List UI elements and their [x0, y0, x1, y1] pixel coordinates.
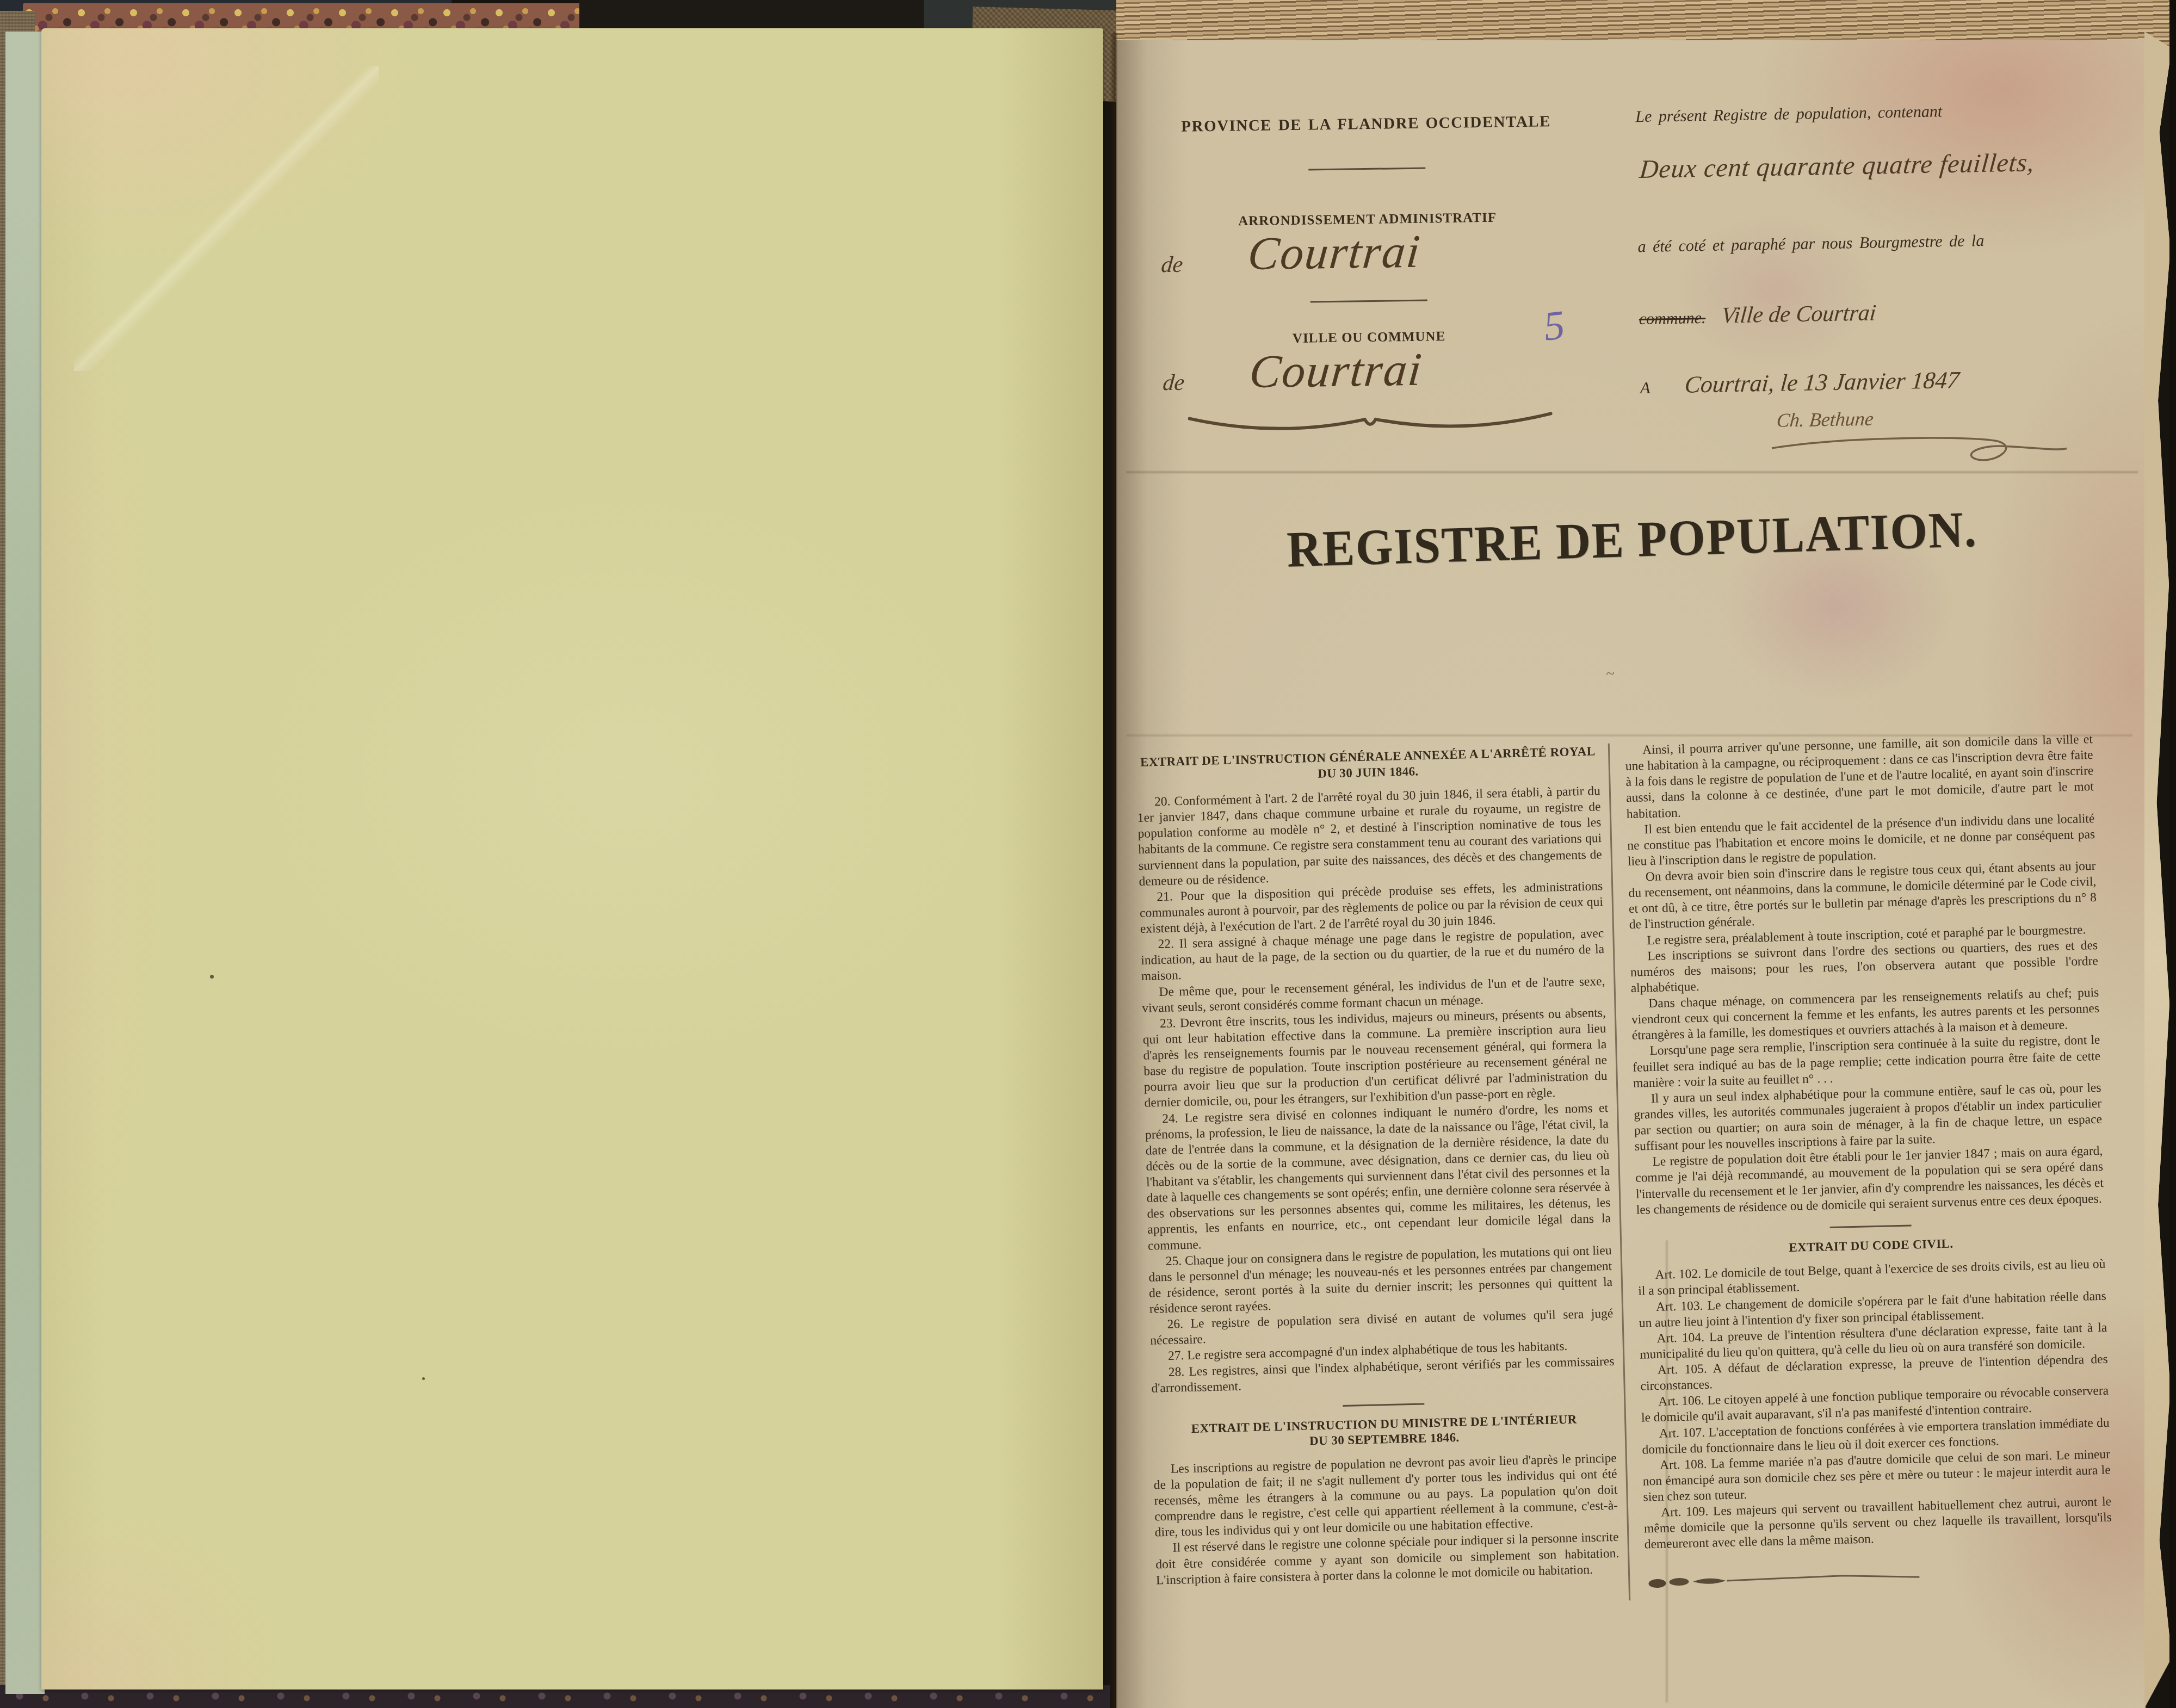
- section-divider: [1343, 1403, 1424, 1407]
- paper-speck: [422, 1377, 425, 1380]
- instruction-paragraph: 24. Le registre sera divisé en colonnes …: [1145, 1100, 1611, 1254]
- endpaper-fold-mark: [74, 66, 379, 371]
- commune-word-struck: commune.: [1639, 309, 1706, 328]
- attestation-place-row: A Courtrai, le 13 Janvier 1847: [1640, 363, 2147, 399]
- bourgmestre-signature: Ch. Bethune: [1776, 407, 1875, 432]
- attestation-commune-row: commune. Ville de Courtrai: [1639, 295, 2145, 330]
- divider: [1310, 299, 1427, 302]
- endpaper-turned-edge: [5, 32, 45, 1694]
- left-endpaper-page: [41, 28, 1103, 1690]
- administrative-header: PROVINCE DE LA FLANDRE OCCIDENTALE ARRON…: [1148, 112, 1588, 436]
- instruction-paragraph: 25. Chaque jour on consignera dans le re…: [1148, 1243, 1613, 1317]
- section-heading: EXTRAIT DU CODE CIVIL.: [1637, 1232, 2105, 1259]
- column-right: Ainsi, il pourra arriver qu'une personne…: [1608, 732, 2113, 1600]
- page-torn-edge: [2144, 32, 2172, 1708]
- instruction-paragraph: Le registre de population doit être étab…: [1635, 1143, 2104, 1218]
- cover-right-edge: [2169, 0, 2176, 1708]
- attestation-line-2: a été coté et paraphé par nous Bourgmest…: [1637, 229, 2143, 256]
- de-label: de: [1162, 370, 1186, 397]
- arrondissement-handwritten-value: Courtrai: [1246, 228, 1423, 277]
- signature-flourish-icon: [1766, 426, 2071, 481]
- paper-speck: [210, 975, 214, 979]
- instruction-ministre-paragraphs: Les inscriptions au registre de populati…: [1153, 1451, 1619, 1589]
- code-civil-articles: Art. 102. Le domicile de tout Belge, qua…: [1637, 1257, 2112, 1553]
- instruction-paragraph: 23. Devront être inscrits, tous les indi…: [1142, 1005, 1608, 1112]
- instruction-paragraph: Il y aura un seul index alphabétique pou…: [1633, 1080, 2103, 1155]
- instruction-paragraph: Ainsi, il pourra arriver qu'une personne…: [1625, 732, 2094, 822]
- book-scan: PROVINCE DE LA FLANDRE OCCIDENTALE ARRON…: [0, 0, 2176, 1708]
- brace-flourish-icon: [1185, 406, 1555, 436]
- book-gutter: [1110, 33, 1117, 1708]
- column-left: EXTRAIT DE L'INSTRUCTION GÉNÉRALE ANNEXÉ…: [1136, 744, 1620, 1612]
- de-label: de: [1160, 252, 1184, 279]
- instruction-continuation-paragraphs: Ainsi, il pourra arriver qu'une personne…: [1625, 732, 2104, 1218]
- instruction-paragraph: 20. Conformément à l'art. 2 de l'arrêté …: [1137, 783, 1603, 890]
- instruction-generale-paragraphs: 20. Conformément à l'art. 2 de l'arrêté …: [1137, 783, 1615, 1396]
- instruction-columns: EXTRAIT DE L'INSTRUCTION GÉNÉRALE ANNEXÉ…: [1136, 732, 2122, 1612]
- title-ornament: ~: [1605, 664, 1616, 683]
- feuillets-handwritten: Deux cent quarante quatre feuillets,: [1639, 147, 2036, 184]
- pen-flourish-icon: [1647, 1564, 1931, 1595]
- commune-entry: de Courtrai: [1152, 343, 1587, 396]
- place-date-handwritten: Courtrai, le 13 Janvier 1847: [1684, 366, 1961, 399]
- divider: [1308, 168, 1425, 171]
- instruction-paragraph: On devra avoir bien soin d'inscrire dans…: [1628, 858, 2097, 933]
- commune-handwritten: Ville de Courtrai: [1721, 300, 1877, 329]
- arrondissement-entry: de Courtrai: [1150, 225, 1586, 278]
- commune-handwritten-value: Courtrai: [1247, 346, 1424, 395]
- instruction-paragraph: Les inscriptions au registre de populati…: [1153, 1451, 1618, 1541]
- section-divider: [1830, 1224, 1912, 1228]
- place-prefix: A: [1640, 379, 1650, 397]
- attestation-block: Le présent Registre de population, conte…: [1635, 99, 2148, 483]
